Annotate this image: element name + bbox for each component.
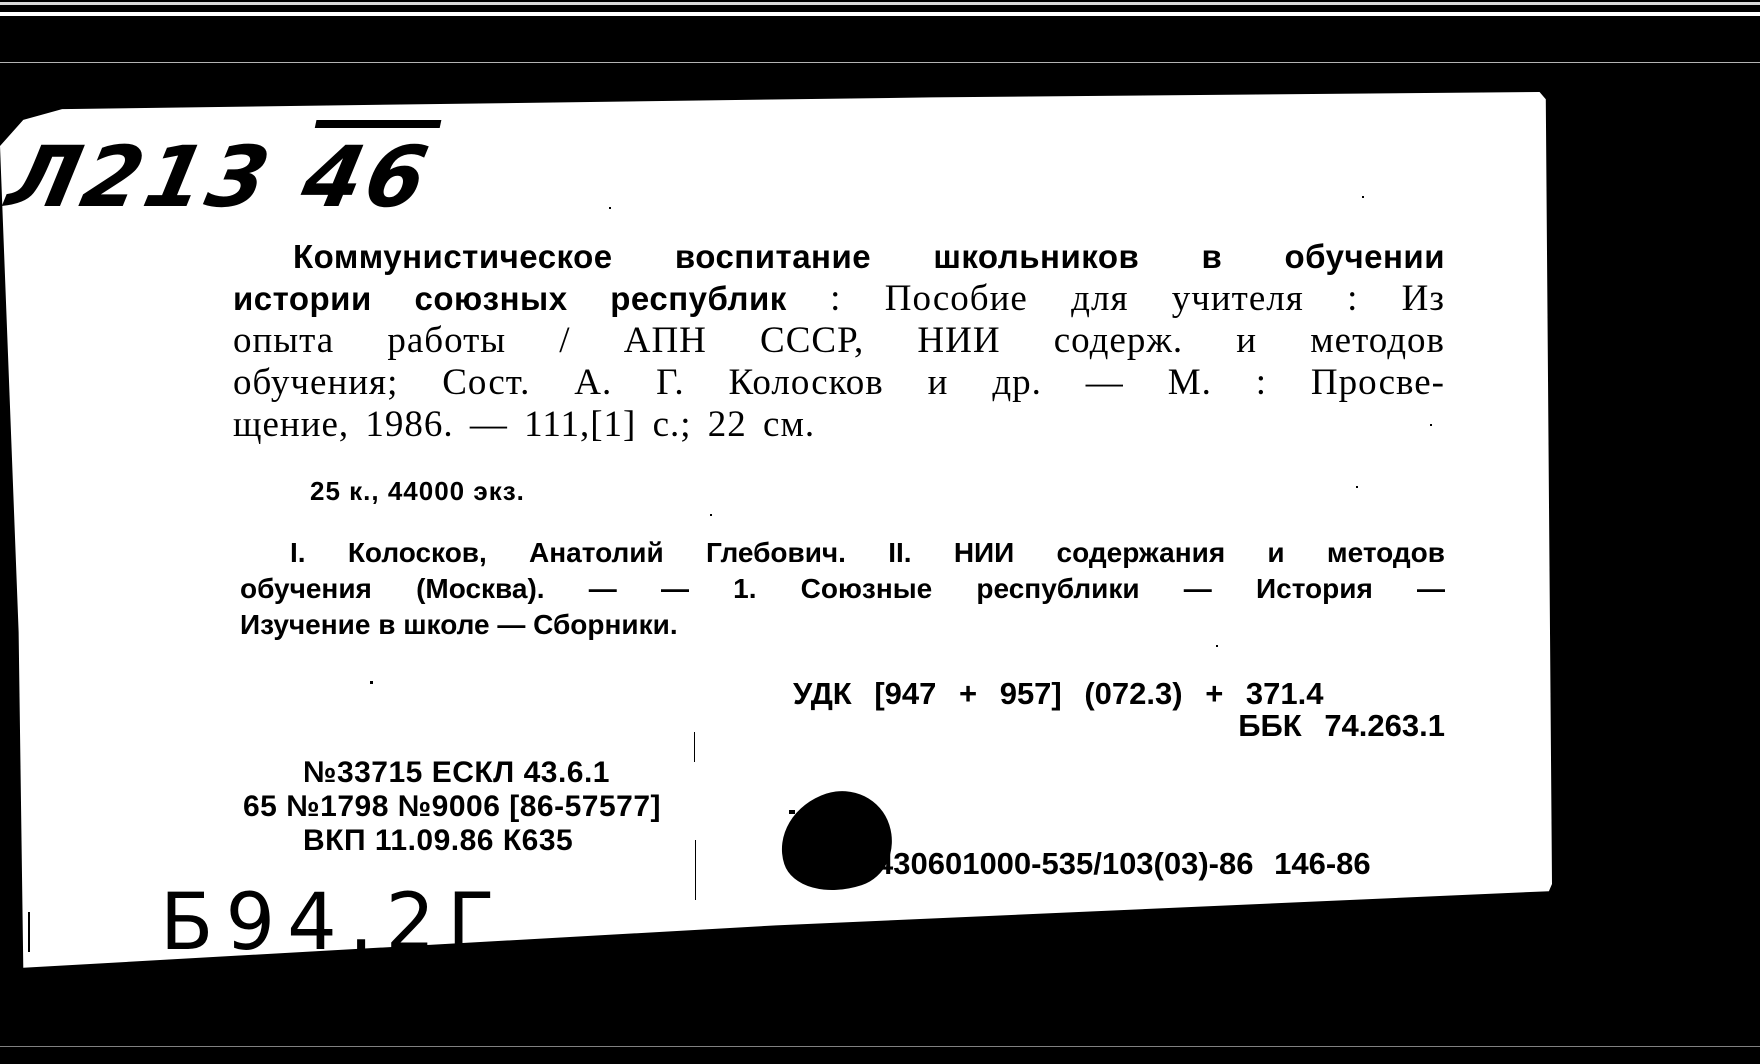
subject-line: обучения (Москва). — — 1. Союзные респуб…	[240, 571, 1445, 607]
handwritten-classification: Б94.2Г	[160, 878, 507, 968]
subject-line: Изучение в школе — Сборники.	[240, 607, 1445, 643]
price-and-print-run: 25 к., 44000 экз.	[310, 476, 525, 507]
inventory-line: №33715 ЕСКЛ 43.6.1	[303, 756, 610, 790]
scan-artifact	[1362, 196, 1364, 198]
title-line: щение, 1986. — 111,[1] с.; 22 см.	[233, 404, 1445, 446]
bbk-classification: ББК 74.263.1	[1238, 708, 1445, 744]
publication-code: 430601000-535/103(03)-86 146-86	[876, 846, 1371, 882]
scan-artifact	[888, 922, 890, 938]
scan-artifact	[370, 681, 373, 684]
scan-artifact	[710, 514, 712, 516]
bibliographic-description: Коммунистическое воспитание школьников в…	[233, 236, 1445, 446]
scan-artifact	[1430, 424, 1432, 426]
title-line: обучения; Сост. А. Г. Колосков и др. — М…	[233, 362, 1445, 404]
handwritten-shelf-mark: Л213 46	[0, 128, 440, 226]
scan-border-line	[0, 1046, 1760, 1047]
scan-border-line	[0, 12, 1760, 16]
inventory-line: 65 №1798 №9006 [86-57577]	[243, 790, 661, 824]
scan-border-line	[0, 62, 1760, 63]
scan-artifact	[695, 840, 696, 900]
title-line: Коммунистическое воспитание школьников в…	[233, 236, 1445, 278]
title-line: истории союзных республик : Пособие для …	[233, 278, 1445, 320]
subject-headings: I. Колосков, Анатолий Глебович. II. НИИ …	[240, 535, 1445, 643]
scan-artifact	[28, 912, 30, 952]
scan-artifact	[789, 810, 795, 814]
shelf-mark-prefix: Л213	[0, 128, 282, 226]
scan-border-line	[0, 2, 1760, 5]
scan-artifact	[1216, 645, 1218, 647]
udk-classification: УДК [947 + 957] (072.3) + 371.4	[793, 676, 1324, 712]
scan-artifact	[694, 732, 695, 762]
scan-artifact	[609, 207, 611, 209]
inventory-line: ВКП 11.09.86 К635	[303, 824, 573, 858]
title-line: опыта работы / АПН СССР, НИИ содерж. и м…	[233, 320, 1445, 362]
shelf-mark-fraction: 46	[294, 128, 440, 226]
subject-line: I. Колосков, Анатолий Глебович. II. НИИ …	[240, 535, 1445, 571]
scan-artifact	[1356, 486, 1358, 488]
